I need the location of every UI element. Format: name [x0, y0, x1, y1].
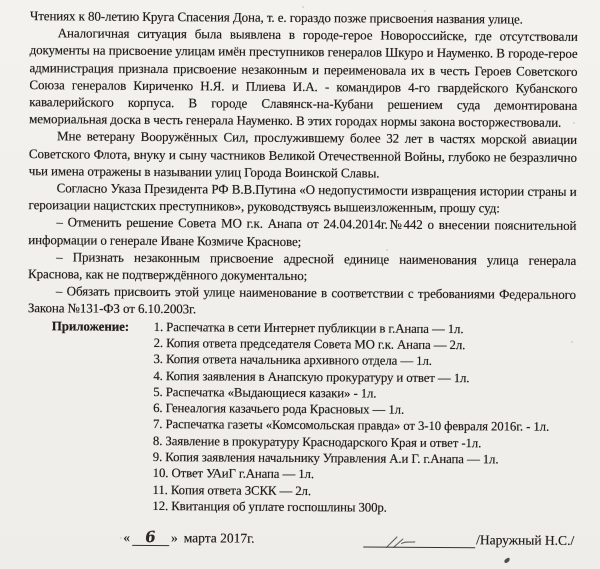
noise-speck	[424, 10, 426, 12]
date-quote-open: «	[123, 530, 130, 545]
scanned-document-page: Чтениях к 80-летию Круга Спасения Дона, …	[0, 0, 600, 569]
attachments-label: Приложение:	[52, 318, 154, 335]
attachments-list: 1. Распечатка в сети Интернет публикции …	[152, 319, 575, 518]
noise-speck	[386, 249, 388, 251]
paragraph-novorossiysk-case: Аналогичная ситуация была выявлена в гор…	[29, 24, 578, 131]
closing-block: «6»марта 2017г. /Наружный Н.С./	[26, 529, 574, 549]
noise-speck	[540, 296, 542, 298]
petition-item-declare-illegal: – Признать незаконным присвоение адресно…	[28, 248, 576, 286]
signature-mark	[383, 534, 419, 551]
noise-speck	[120, 537, 122, 539]
document-body: Чтениях к 80-летию Круга Спасения Дона, …	[0, 0, 600, 569]
noise-speck	[302, 6, 304, 8]
petition-item-oblige-rename: – Обязать присвоить этой улице наименова…	[28, 282, 576, 320]
signature-block: /Наружный Н.С./	[363, 531, 574, 548]
attachments-section: Приложение: 1. Распечатка в сети Интерне…	[26, 318, 575, 517]
paragraph-veteran-statement: Мне ветерану Вооружённых Сил, прослуживш…	[29, 128, 577, 183]
noise-speck	[571, 341, 573, 343]
date-line: «6»марта 2017г.	[123, 530, 254, 547]
attachment-item: 12. Квитанция об уплате госпошлины 300р.	[152, 498, 574, 517]
date-month-year: марта 2017г.	[184, 530, 255, 545]
signature-name: /Наружный Н.С./	[476, 532, 574, 548]
ink-speck	[504, 557, 511, 563]
petition-item-cancel-decision: – Отменить решение Совета МО г.к. Анапа …	[28, 214, 576, 252]
signature-line	[363, 533, 475, 548]
date-quote-close: »	[171, 530, 178, 545]
noise-speck	[573, 122, 575, 124]
paragraph-decree-request: Согласно Указа Президента РФ В.В.Путина …	[29, 179, 577, 217]
noise-speck	[88, 256, 90, 258]
date-day-slot: 6	[132, 530, 169, 546]
date-day-handwritten: 6	[145, 529, 157, 544]
